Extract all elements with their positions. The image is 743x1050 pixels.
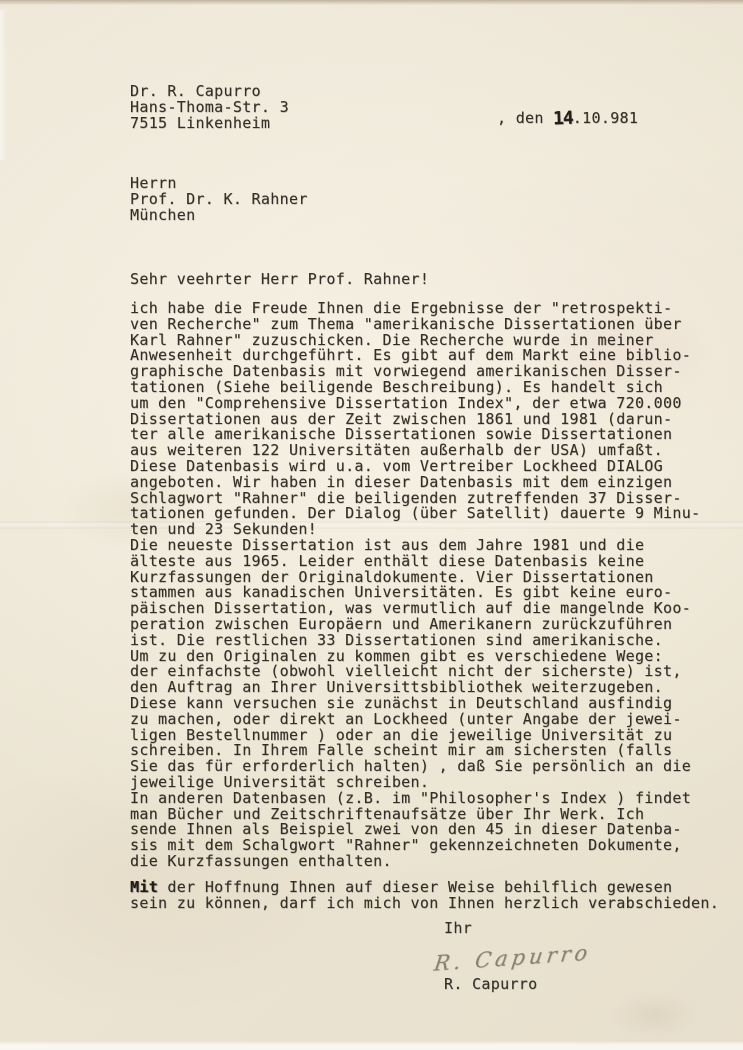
valediction: Ihr xyxy=(444,921,472,937)
typed-signature-name: R. Capurro xyxy=(444,977,538,993)
letter-body: ich habe die Freude Ihnen die Ergebnisse… xyxy=(130,301,700,870)
scan-left-edge xyxy=(0,10,7,160)
recipient-address-block: Herrn Prof. Dr. K. Rahner München xyxy=(130,176,308,223)
date-prefix: , den xyxy=(497,109,553,127)
letter-scan: Dr. R. Capurro Hans-Thoma-Str. 3 7515 Li… xyxy=(0,0,743,1050)
handwritten-signature: R. Capurro xyxy=(432,940,592,975)
closing-paragraph: Mit der Hoffnung Ihnen auf dieser Weise … xyxy=(130,880,719,912)
handwritten-day: 14 xyxy=(553,111,573,127)
closing-text: der Hoffnung Ihnen auf dieser Weise behi… xyxy=(130,878,719,912)
scan-top-edge-shadow xyxy=(0,0,743,5)
date-line: , den 14.10.981 xyxy=(497,110,638,127)
date-rest: .10.981 xyxy=(573,109,638,127)
sender-address-block: Dr. R. Capurro Hans-Thoma-Str. 3 7515 Li… xyxy=(130,84,289,131)
scan-bottom-edge xyxy=(0,1041,743,1050)
paper-stain xyxy=(610,990,700,1040)
salutation: Sehr veehrter Herr Prof. Rahner! xyxy=(130,272,429,288)
